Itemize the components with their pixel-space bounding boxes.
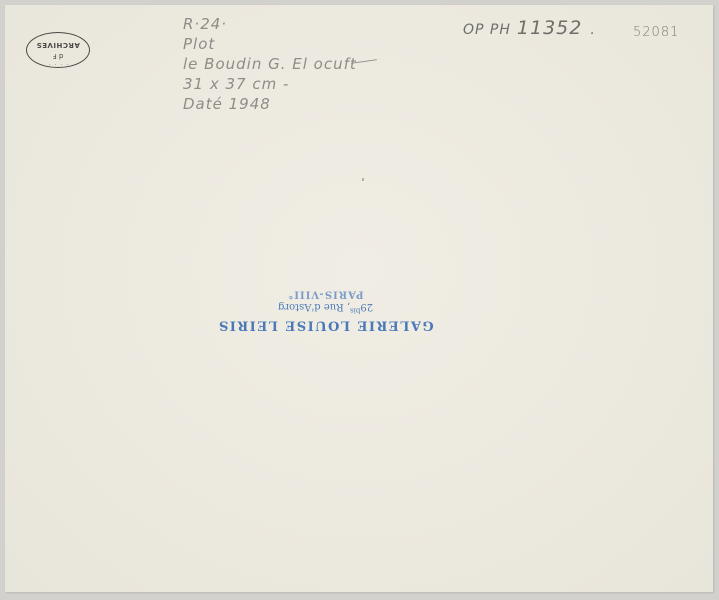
note-line: le Boudin G. El ocuft xyxy=(183,54,357,74)
paper-speck xyxy=(362,178,364,181)
inventory-number: OP PH11352. xyxy=(463,17,596,39)
gallery-name: GALERIE LOUISE LEIRIS xyxy=(213,317,438,332)
gallery-stamp: GALERIE LOUISE LEIRIS 29bis, Rue d'Astor… xyxy=(213,288,438,332)
inventory-prefix: OP PH xyxy=(463,22,511,38)
pencil-notes: R·24· Plot le Boudin G. El ocuft 31 x 37… xyxy=(183,14,357,114)
inventory-value: 11352 xyxy=(517,17,582,39)
note-line: 31 x 37 cm - xyxy=(183,74,357,94)
gallery-address: 29bis, Rue d'Astorg xyxy=(213,301,438,314)
archives-stamp: · · · · d F ARCHIVES xyxy=(26,32,90,68)
gallery-city: PARIS-VIII° xyxy=(213,288,438,299)
note-line: Daté 1948 xyxy=(183,94,357,114)
photo-verso-paper: R·24· Plot le Boudin G. El ocuft 31 x 37… xyxy=(5,5,713,592)
secondary-number: 52081 xyxy=(633,25,679,40)
note-line: Plot xyxy=(183,34,357,54)
note-line: R·24· xyxy=(183,14,357,34)
